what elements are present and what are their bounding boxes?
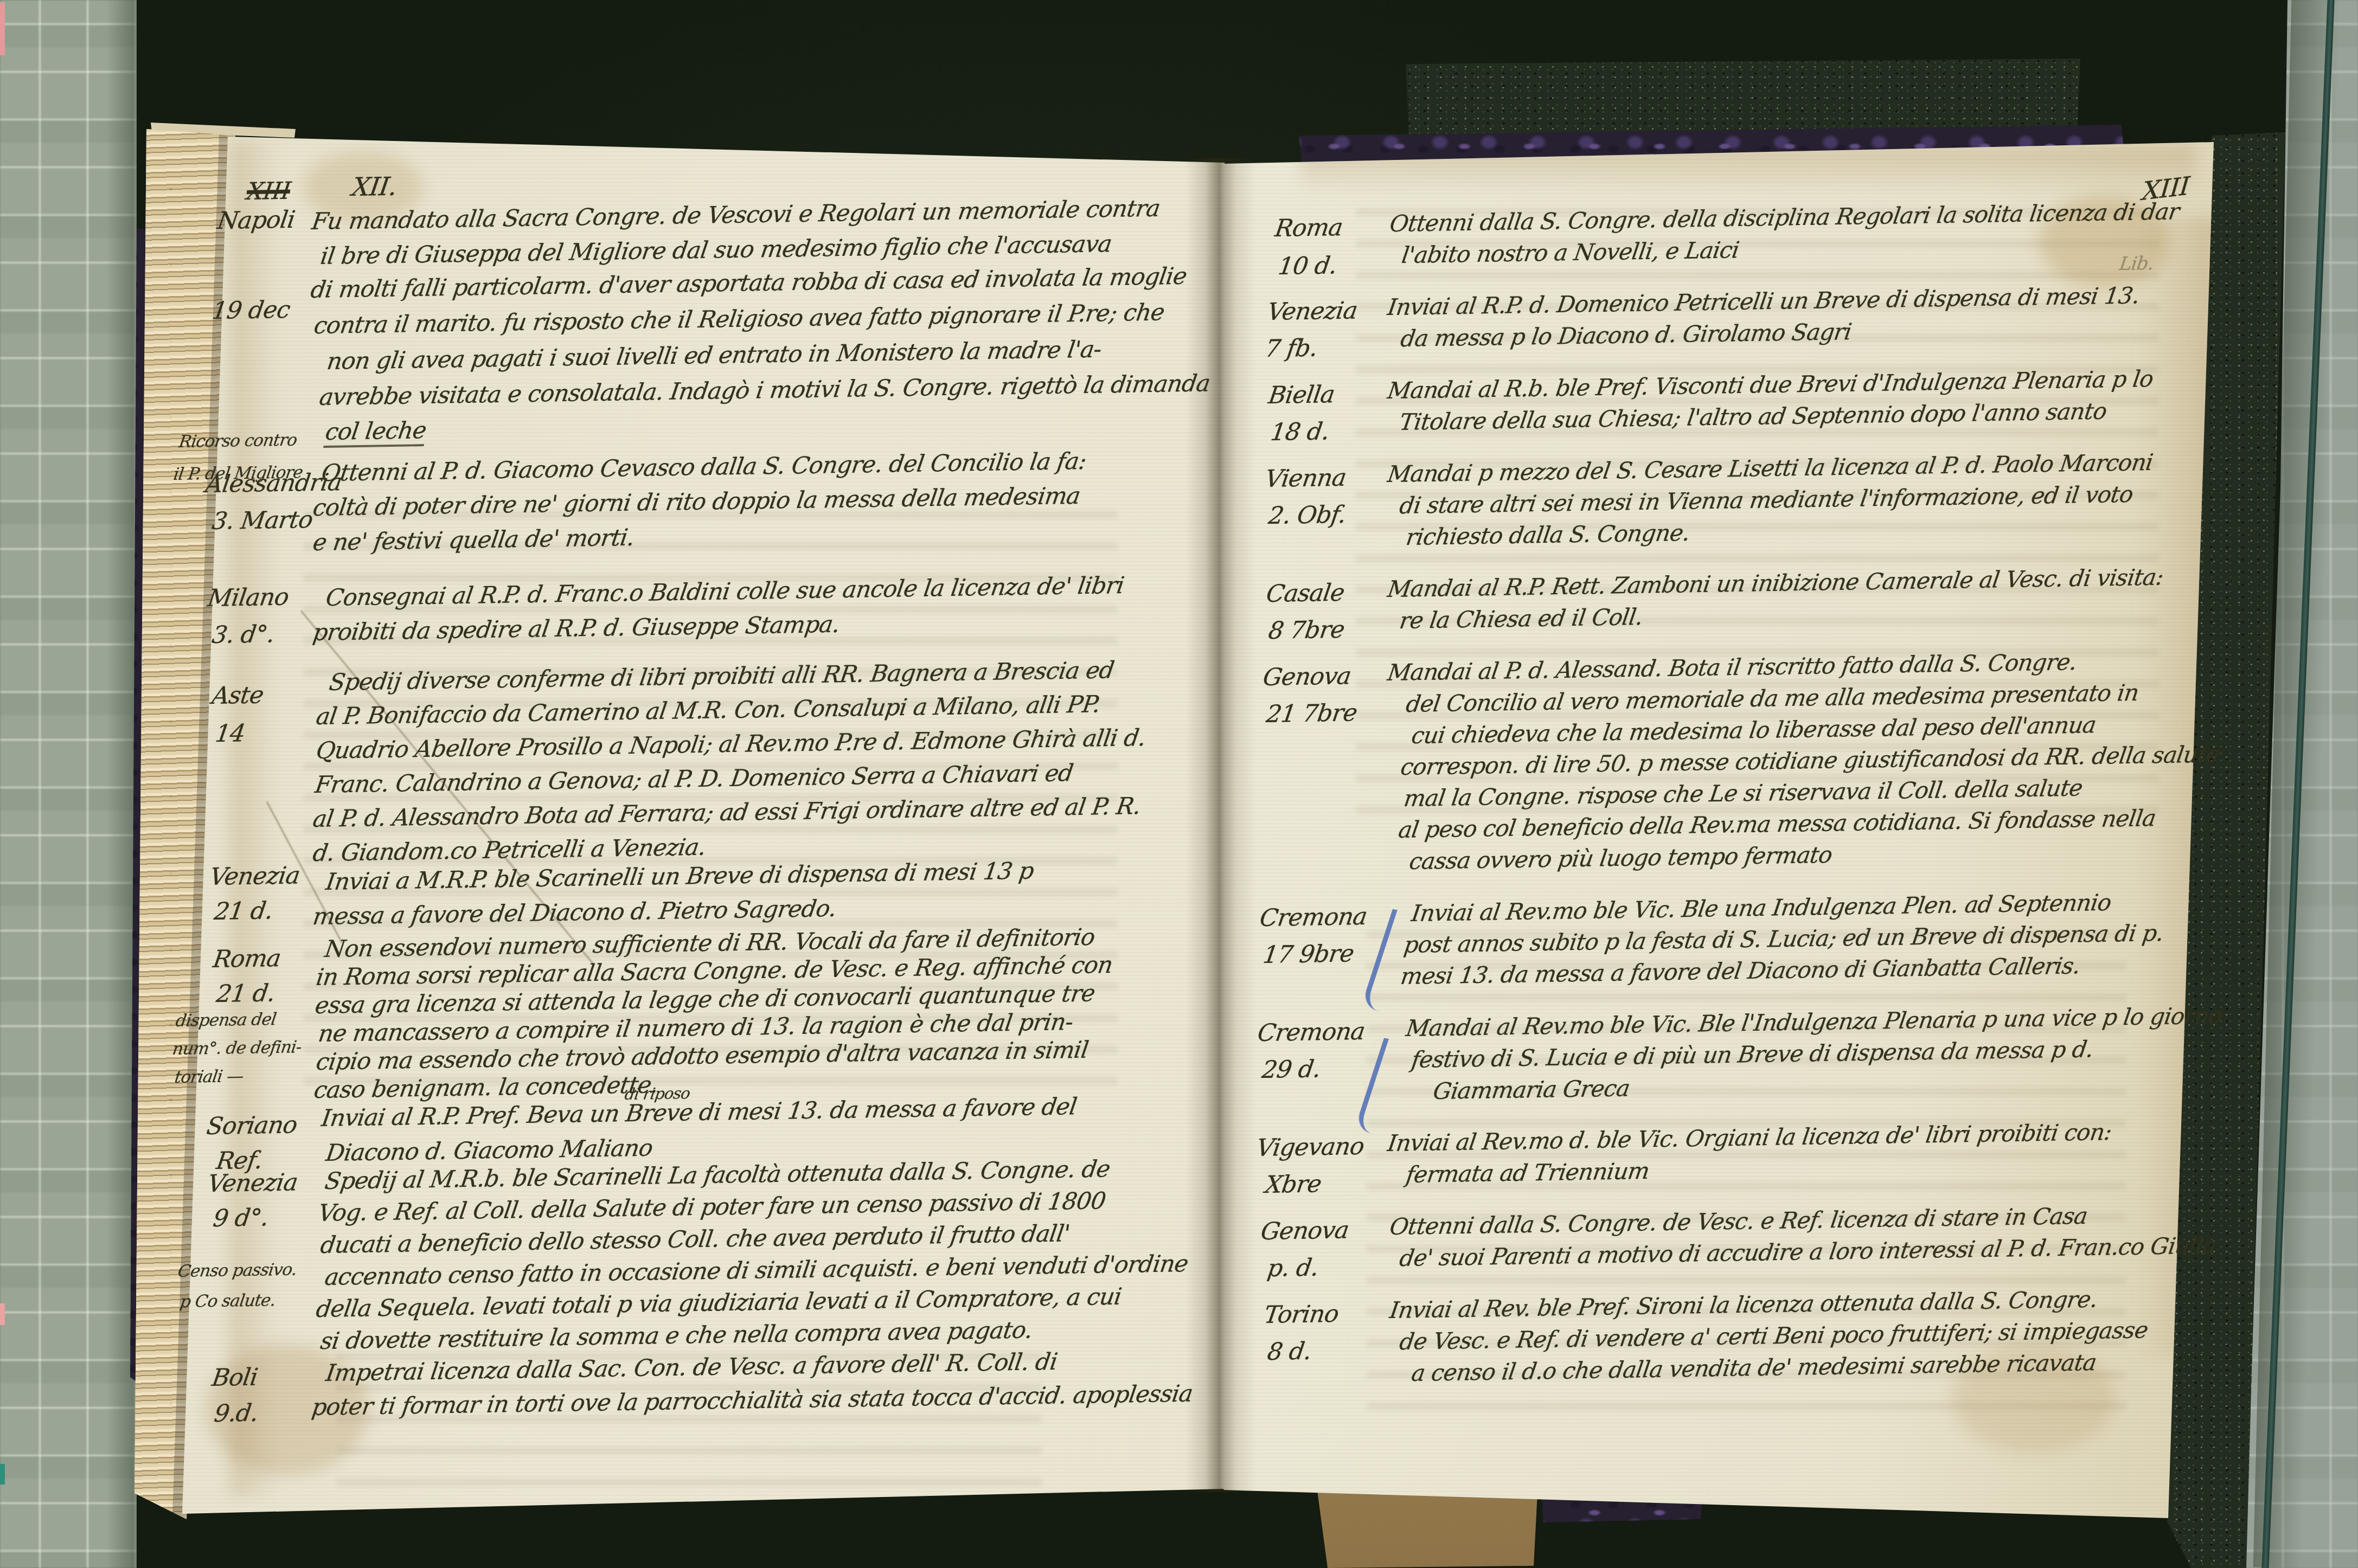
margin-label: 8 7bre <box>1267 618 1346 643</box>
margin-note: Censo passivo. <box>177 1262 298 1280</box>
manuscript-line: l'abito nostro a Novelli, e Laici <box>1400 239 1740 267</box>
margin-label: Roma <box>212 947 282 972</box>
margin-label: Vigevano <box>1255 1135 1366 1160</box>
manuscript-line: re la Chiesa ed il Coll. <box>1398 606 1644 632</box>
margin-label: 21 d. <box>213 899 274 924</box>
manuscript-line: fermata ad Triennium <box>1405 1160 1651 1186</box>
manuscript-line: Diacono d. Giacomo Maliano <box>324 1137 654 1165</box>
page-number-crossed-out: XIII <box>245 179 292 204</box>
margin-label: Genova <box>1261 664 1353 690</box>
margin-note: p Co salute. <box>179 1292 277 1310</box>
margin-label: 3. Marto <box>210 508 314 534</box>
margin-label: Vienna <box>1264 466 1348 491</box>
margin-label: Aste <box>210 684 265 708</box>
margin-label: 17 9bre <box>1261 942 1355 967</box>
margin-label: Genova <box>1259 1218 1350 1244</box>
margin-label: Soriano <box>205 1113 298 1139</box>
manuscript-line: caso benignam. la concedette. <box>312 1074 659 1102</box>
page-number-left: XII. <box>350 174 398 200</box>
margin-label: 14 <box>214 722 246 746</box>
margin-label: Venezia <box>208 864 301 889</box>
book-gutter-shadow <box>1186 158 1256 1492</box>
margin-label: Milano <box>206 586 290 611</box>
manuscript-line: e ne' festivi quella de' morti. <box>311 526 636 555</box>
manuscript-photo-scene: XIII XII. XIII Napoli19 decRicorso contr… <box>0 0 2358 1568</box>
margin-note: num°. de defini- <box>171 1039 302 1058</box>
manuscript-line: d. Giandom.co Petricelli a Venezia. <box>311 836 707 865</box>
margin-label: Venezia <box>206 1171 299 1196</box>
margin-label: Cremona <box>1258 905 1368 930</box>
margin-label: 29 d. <box>1260 1057 1322 1082</box>
manuscript-line: Giammaria Greca <box>1432 1077 1631 1103</box>
manuscript-line: col leche <box>323 419 427 448</box>
margin-label: 3. d°. <box>210 622 276 647</box>
margin-label: Napoli <box>216 208 296 233</box>
margin-label: 9.d. <box>213 1402 260 1426</box>
margin-label: 10 d. <box>1277 254 1338 279</box>
margin-label: 7 fb. <box>1264 337 1319 361</box>
margin-label: Casale <box>1265 581 1345 606</box>
margin-label: 21 d. <box>215 981 277 1006</box>
margin-note: Ricorso contro <box>178 432 298 451</box>
margin-label: p. d. <box>1266 1256 1320 1281</box>
margin-label: 2. Obf. <box>1267 503 1348 528</box>
margin-note: dispensa del <box>175 1011 277 1030</box>
margin-note: toriali — <box>174 1068 245 1086</box>
margin-label: 18 d. <box>1269 420 1331 445</box>
manuscript-line: richiesto dalla S. Congne. <box>1405 522 1691 549</box>
scan-edge-artifact <box>0 2 5 55</box>
margin-label: Boli <box>210 1366 259 1390</box>
margin-label: Venezia <box>1266 299 1359 324</box>
margin-label: 8 d. <box>1266 1340 1313 1364</box>
margin-label: 19 dec <box>210 298 291 323</box>
scan-edge-artifact <box>0 1303 5 1325</box>
margin-label: Biella <box>1267 383 1336 408</box>
margin-label: 21 7bre <box>1265 701 1359 727</box>
scan-edge-artifact <box>0 1464 5 1485</box>
margin-label: Torino <box>1263 1302 1340 1327</box>
manuscript-line: cassa ovvero più luogo tempo fermato <box>1408 844 1834 873</box>
margin-label: Cremona <box>1256 1020 1366 1045</box>
margin-label: Xbre <box>1264 1172 1323 1197</box>
faint-inscription: Lib. <box>2118 254 2155 273</box>
margin-label: 9 d°. <box>212 1206 270 1231</box>
manuscript-line: da messa p lo Diacono d. Girolamo Sagri <box>1399 320 1853 350</box>
margin-label: Roma <box>1273 216 1344 241</box>
